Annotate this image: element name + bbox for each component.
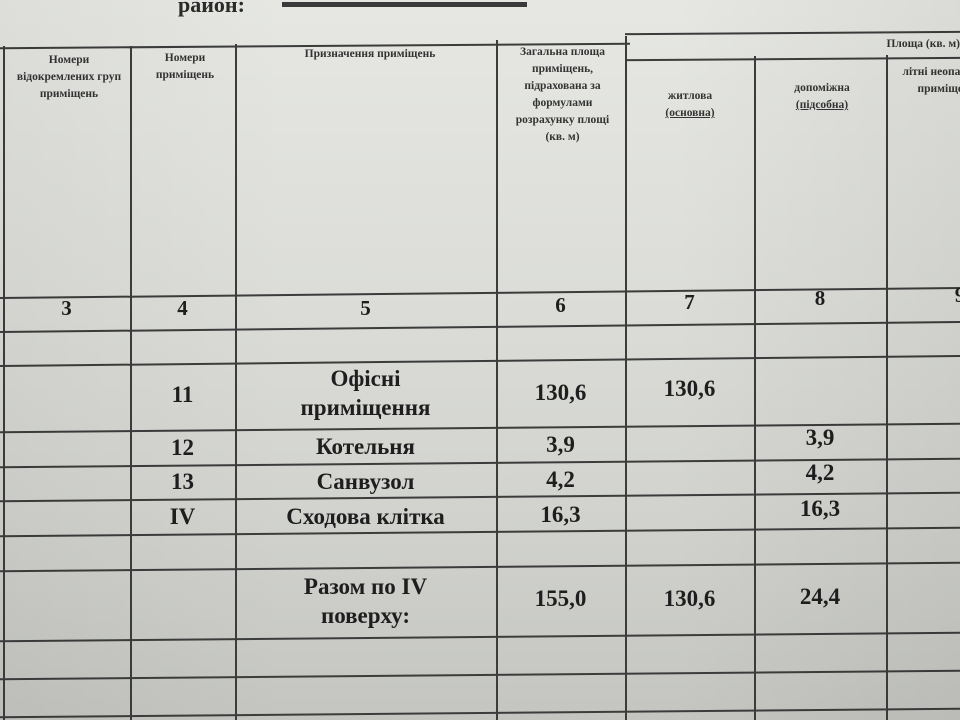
district-label: район: — [178, 0, 245, 18]
header-group-numbers: Номери відокремлених груп приміщень — [10, 52, 128, 103]
room-auxiliary-area: 4,2 — [754, 458, 886, 487]
room-purpose-line2: приміщення — [235, 393, 496, 422]
floor-summary-line2: поверху: — [235, 601, 496, 630]
header-room-purpose: Призначення приміщень — [245, 46, 495, 63]
column-number: 5 — [235, 296, 496, 321]
room-total-area: 16,3 — [496, 500, 625, 529]
room-auxiliary-area: 16,3 — [754, 494, 886, 523]
room-total-area: 3,9 — [496, 430, 625, 459]
document-sheet: район: Номери відокремлених груп приміще… — [0, 0, 960, 720]
header-summer-rooms: літні неопалювані приміщення — [895, 64, 960, 98]
room-total-area: 4,2 — [496, 465, 625, 494]
floor-total-area: 155,0 — [496, 584, 625, 613]
floor-auxiliary-area: 24,4 — [754, 582, 886, 611]
floor-summary-line1: Разом по IV — [235, 572, 496, 601]
room-total-area: 130,6 — [496, 378, 625, 407]
header-auxiliary-line2: (підсобна) — [760, 97, 884, 114]
room-number: 13 — [130, 467, 235, 496]
column-number: 9 — [940, 283, 960, 308]
header-room-numbers: Номери приміщень — [140, 50, 230, 84]
grid-line — [886, 55, 888, 720]
grid-line — [0, 321, 960, 333]
room-number: 11 — [130, 380, 235, 409]
header-area-group: Площа (кв. м) — [800, 36, 960, 53]
grid-line — [0, 562, 960, 572]
room-number: 12 — [130, 433, 235, 462]
header-living-area: житлова (основна) — [630, 88, 750, 122]
header-total-area: Загальна площа приміщень, підрахована за… — [505, 44, 620, 146]
grid-line — [0, 632, 960, 642]
room-auxiliary-area: 3,9 — [754, 423, 886, 452]
floor-living-area: 130,6 — [625, 584, 754, 613]
floor-summary-label: Разом по IV поверху: — [235, 572, 496, 630]
grid-line — [3, 46, 5, 720]
room-living-area: 130,6 — [625, 374, 754, 403]
column-number: 6 — [496, 293, 625, 318]
column-number: 3 — [3, 296, 130, 321]
room-number: IV — [130, 502, 235, 531]
room-purpose: Санвузол — [235, 467, 496, 496]
header-living-line1: житлова — [630, 88, 750, 105]
district-underline — [282, 2, 527, 7]
column-number: 4 — [130, 296, 235, 321]
header-living-line2: (основна) — [630, 105, 750, 122]
room-purpose: Котельня — [235, 432, 496, 461]
grid-line — [0, 708, 960, 718]
grid-line — [625, 31, 960, 35]
column-number: 8 — [754, 286, 886, 311]
grid-line — [625, 57, 960, 61]
room-purpose-line1: Офісні — [235, 364, 496, 393]
grid-line — [754, 56, 756, 720]
column-number: 7 — [625, 290, 754, 315]
room-purpose: Офісні приміщення — [235, 364, 496, 422]
room-purpose: Сходова клітка — [235, 502, 496, 531]
header-auxiliary-line1: допоміжна — [760, 80, 884, 97]
header-auxiliary-area: допоміжна (підсобна) — [760, 80, 884, 114]
grid-line — [0, 670, 960, 680]
